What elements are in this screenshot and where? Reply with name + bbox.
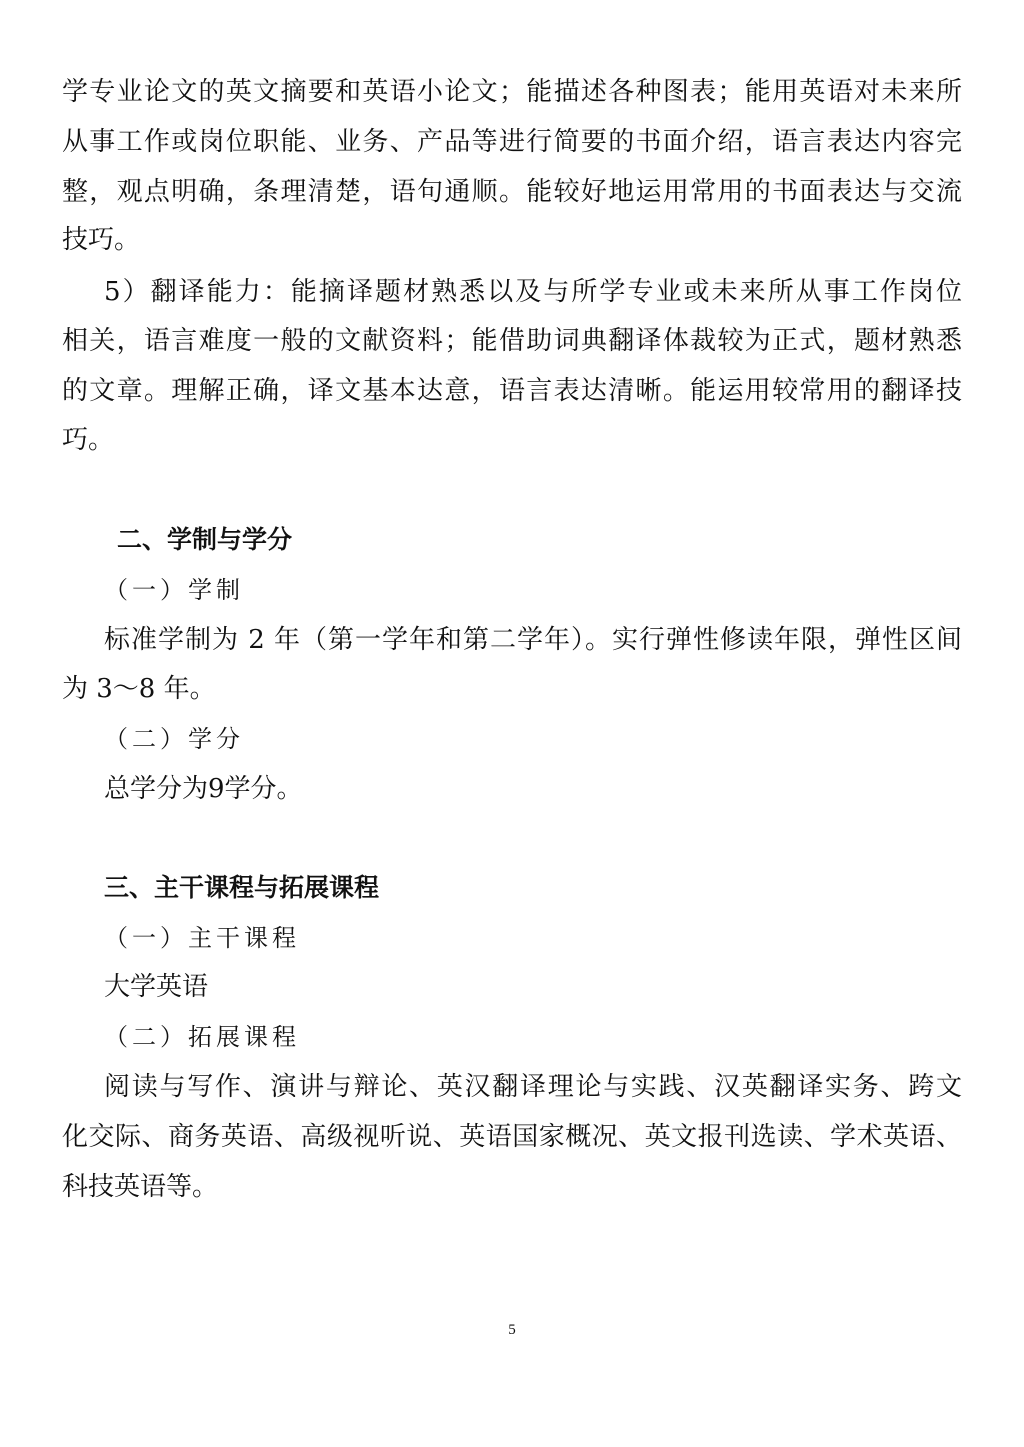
paragraph-line: 从事工作或岗位职能、业务、产品等进行简要的书面介绍，语言表达内容完 — [62, 126, 962, 158]
translation-ability-line: 巧。 — [62, 424, 962, 456]
subheading-extended-courses: （二）拓展课程 — [104, 1021, 300, 1053]
section-heading-courses: 三、主干课程与拓展课程 — [104, 872, 379, 904]
paragraph-line: 学专业论文的英文摘要和英语小论文；能描述各种图表；能用英语对未来所 — [62, 76, 962, 108]
page-number: 5 — [0, 1322, 1024, 1339]
credits-text: 总学分为9学分。 — [104, 773, 303, 805]
subheading-duration: （一）学制 — [104, 574, 244, 606]
translation-ability-line: 相关，语言难度一般的文献资料；能借助词典翻译体裁较为正式，题材熟悉 — [62, 325, 962, 357]
extended-courses-line: 阅读与写作、演讲与辩论、英汉翻译理论与实践、汉英翻译实务、跨文 — [104, 1071, 962, 1103]
duration-text-line: 标准学制为 2 年（第一学年和第二学年）。实行弹性修读年限，弹性区间 — [104, 624, 962, 656]
translation-ability-line: 的文章。理解正确，译文基本达意，语言表达清晰。能运用较常用的翻译技 — [62, 375, 962, 407]
duration-text-line: 为 3～8 年。 — [62, 673, 962, 705]
extended-courses-line: 科技英语等。 — [62, 1171, 962, 1203]
subheading-core-courses: （一）主干课程 — [104, 922, 300, 954]
paragraph-line: 整，观点明确，条理清楚，语句通顺。能较好地运用常用的书面表达与交流 — [62, 176, 962, 208]
core-courses-text: 大学英语 — [104, 971, 208, 1003]
subheading-credits: （二）学分 — [104, 723, 244, 755]
translation-ability-line: 5）翻译能力：能摘译题材熟悉以及与所学专业或未来所从事工作岗位 — [104, 276, 962, 308]
section-heading-duration-credits: 二、学制与学分 — [117, 524, 292, 556]
extended-courses-line: 化交际、商务英语、高级视听说、英语国家概况、英文报刊选读、学术英语、 — [62, 1121, 962, 1153]
paragraph-line: 技巧。 — [62, 224, 962, 256]
